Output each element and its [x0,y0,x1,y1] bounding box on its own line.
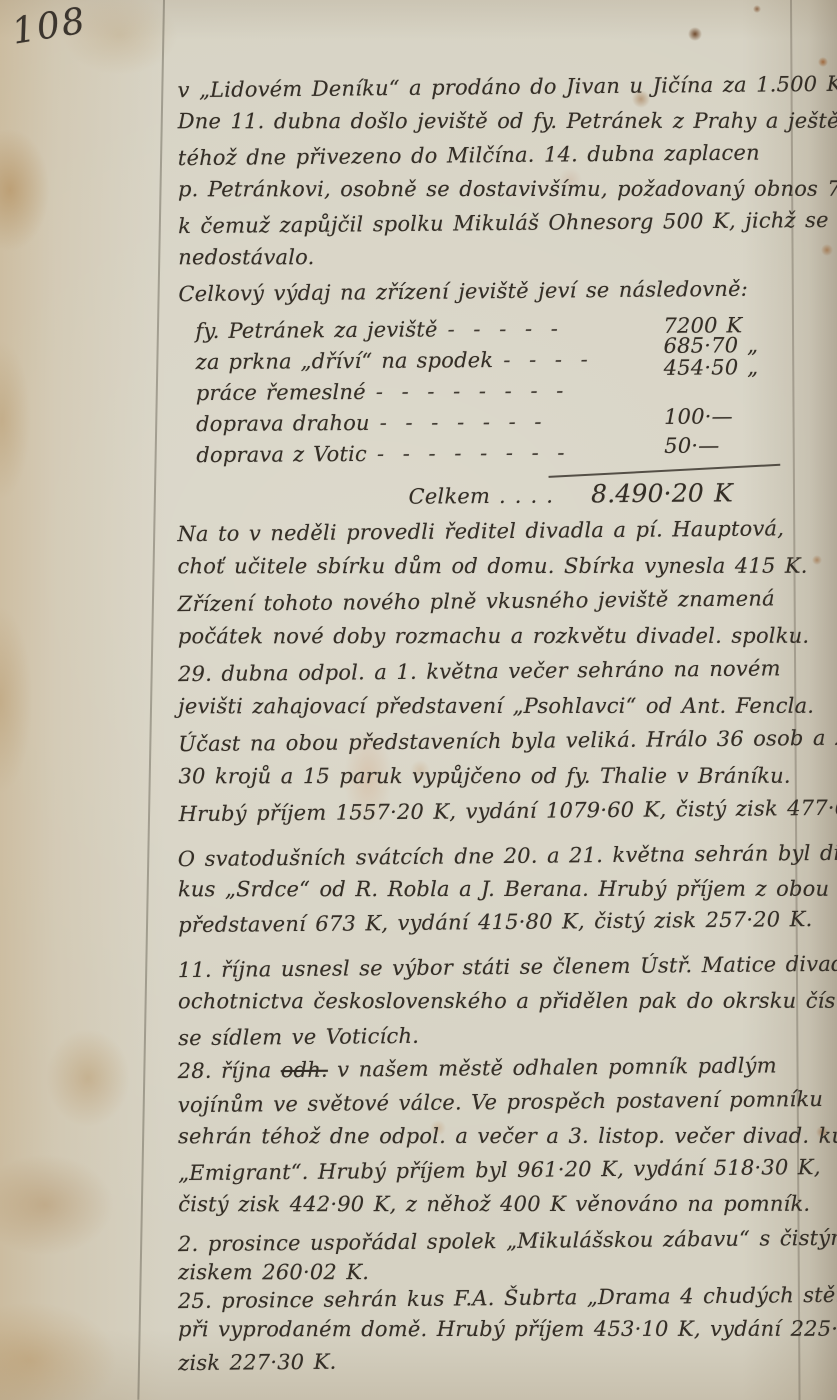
expense-leader-dashes: - - - - - - - - [367,437,665,470]
text-line: O svatodušních svátcích dne 20. a 21. kv… [178,837,833,876]
memorial-lines: vojínům ve světové válce. Ve prospěch po… [178,1084,834,1223]
expense-leader-dashes: - - - - - - - [370,406,665,439]
text-line: vojínům ve světové válce. Ve prospěch po… [178,1082,833,1122]
text-line: ochotnictva československého a přidělen … [178,984,833,1019]
paragraph-whitsun-plays: O svatodušních svátcích dne 20. a 21. kv… [178,839,833,941]
expense-rows: fy. Petránek za jeviště - - - - - 7200 K… [195,312,796,471]
text-line: jevišti zahajovací představení „Psohlavc… [178,689,833,725]
text-line: 11. října usnesl se výbor státi se člene… [178,947,833,987]
text-line: čistý zisk 442·90 K, z něhož 400 K věnov… [178,1187,833,1222]
text-line: nedostávalo. [178,240,833,275]
line-prefix: 28. října [178,1058,281,1083]
left-margin-rule [137,0,164,1400]
text-line: v „Lidovém Deníku“ a prodáno do Jivan u … [177,67,832,107]
text-line: zisk 227·30 K. [178,1342,833,1379]
total-label: Celkem . . . . [408,481,553,513]
text-line: téhož dne přivezeno do Milčína. 14. dubn… [178,135,833,175]
expense-amount: 454·50 „ [664,352,796,384]
paragraph-christmas-play: 25. prosince sehrán kus F.A. Šubrta „Dra… [178,1282,833,1378]
line-rest: v našem městě odhalen pomník padlým [328,1053,777,1081]
expense-label: fy. Petránek za jeviště [195,314,437,347]
text-line: kus „Srdce“ od R. Robla a J. Berana. Hru… [178,873,833,907]
paragraph-matice-membership: 11. října usnesl se výbor státi se člene… [178,949,833,1054]
expense-leader-dashes: - - - - [493,344,664,376]
text-line: Celkový výdaj na zřízení jeviště jeví se… [178,271,833,311]
text-line: Hrubý příjem 1557·20 K, vydání 1079·60 K… [178,791,833,832]
text-line: Na to v neděli provedli ředitel divadla … [177,511,832,552]
expense-label: doprava drahou [196,408,370,440]
expense-leader-dashes: - - - - - [437,313,663,346]
text-line: choť učitele sbírku dům od domu. Sbírka … [178,549,833,585]
expense-leader-dashes: - - - - - - - - [366,375,664,408]
text-line: Zřízení tohoto nového plně vkusného jevi… [178,581,833,622]
expense-row: doprava z Votic - - - - - - - - 50·— [196,436,796,471]
text-line: Dne 11. dubna došlo jeviště od fy. Petrá… [178,104,833,139]
expense-amount: 100·— [664,401,796,433]
text-line: „Emigrant“. Hrubý příjem byl 961·20 K, v… [178,1150,833,1190]
text-line: sehrán téhož dne odpol. a večer a 3. lis… [178,1119,833,1154]
manuscript-page: 108 v „Lidovém Deníku“ a prodáno do Jiva… [0,0,837,1400]
expense-amount: 50·— [664,430,796,462]
expense-label: práce řemeslné [196,377,366,409]
page-number: 108 [9,0,89,52]
struck-word: odh. [281,1058,328,1082]
paragraph-stage-purchase: v „Lidovém Deníku“ a prodáno do Jivan u … [177,69,833,310]
paragraph-memorial: 28. října odh. v našem městě odhalen pom… [178,1050,834,1223]
text-line: 29. dubna odpol. a 1. května večer sehrá… [178,651,833,692]
expense-label: za prkna „dříví“ na spodek [196,345,494,378]
text-line: 25. prosince sehrán kus F.A. Šubrta „Dra… [178,1280,833,1317]
text-line: 2. prosince uspořádal spolek „Mikulášsko… [178,1223,833,1260]
text-line: p. Petránkovi, osobně se dostavivšímu, p… [178,172,833,207]
text-line: při vyprodaném domě. Hrubý příjem 453·10… [178,1314,833,1346]
text-line: Účast na obou představeních byla veliká.… [178,721,833,762]
expense-total-row: Celkem . . . . 8.490·20 K [196,477,796,514]
text-line: počátek nové doby rozmachu a rozkvětu di… [178,619,833,655]
total-amount: 8.490·20 K [591,477,733,509]
text-line: k čemuž zapůjčil spolku Mikuláš Ohnesorg… [178,203,833,243]
text-line: 30 krojů a 15 paruk vypůjčeno od fy. Tha… [178,759,833,795]
text-line: představení 673 K, vydání 415·80 K, čist… [178,903,833,942]
paragraph-mikulas-party: 2. prosince uspořádal spolek „Mikulášsko… [178,1225,833,1290]
expense-table: fy. Petránek za jeviště - - - - - 7200 K… [195,312,796,514]
paragraph-collection-premiere: Na to v neděli provedli ředitel divadla … [177,513,833,831]
expense-label: doprava z Votic [196,439,367,471]
